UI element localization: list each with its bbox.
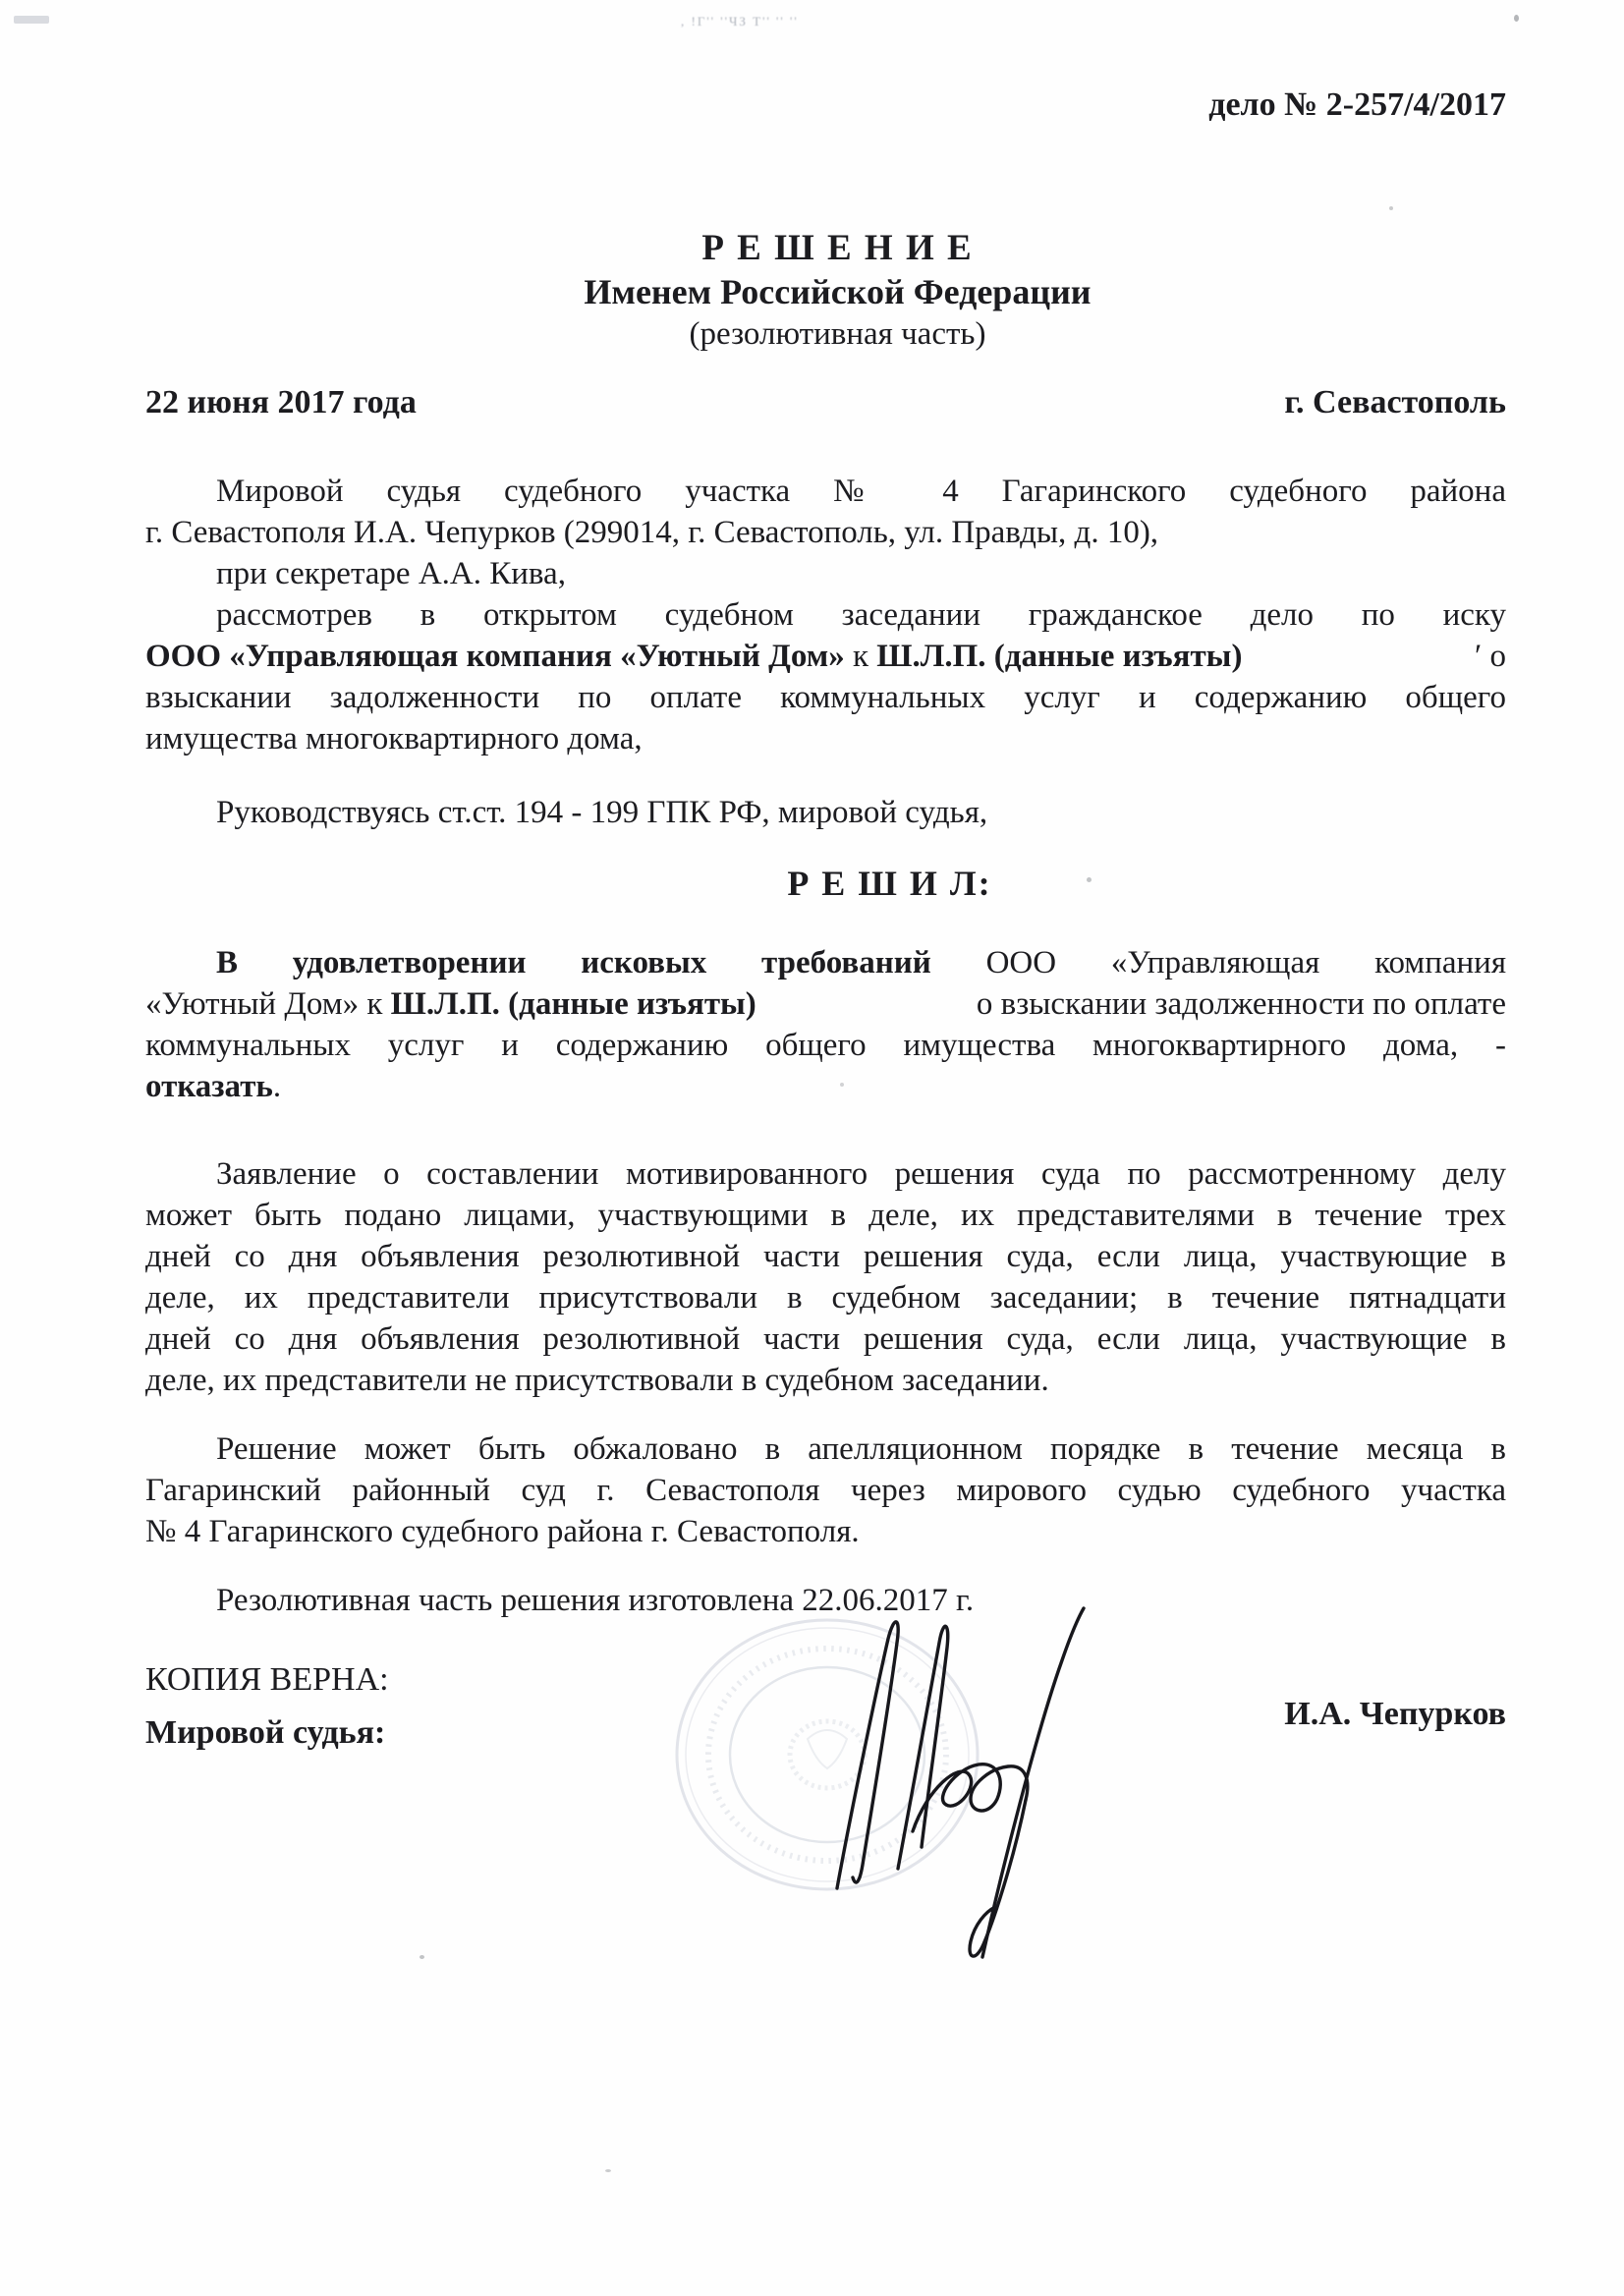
text-segment: о взыскании задолженности по оплате (977, 983, 1506, 1025)
text-segment: деле, их представители не присутствовали… (145, 1363, 1049, 1398)
document-line: коммунальных услуг и содержанию общего и… (145, 1025, 1506, 1066)
text-segment: Ш.Л.П. (данные изъяты) (876, 636, 1242, 677)
document-line: Решение может быть обжаловано в апелляци… (145, 1428, 1506, 1470)
scan-speck (605, 2169, 611, 2172)
text-segment: дней со дня объявления резолютивной част… (145, 1321, 1506, 1357)
text-segment: отказать (145, 1069, 273, 1104)
text-segment: к (845, 636, 877, 677)
text-segment: . (273, 1069, 281, 1104)
text-segment: Заявление о составлении мотивированного … (216, 1156, 1506, 1192)
dateline: 22 июня 2017 года г. Севастополь (145, 384, 1506, 421)
scan-artifact-dash (14, 16, 49, 24)
judge-label: Мировой судья: (145, 1714, 385, 1752)
document-line: «Уютный Дом» к Ш.Л.П. (данные изъяты)о в… (145, 983, 1506, 1025)
paragraph-court-intro: Мировой судья судебного участка № 4 Гага… (145, 471, 1506, 759)
document-line: Мировой судья судебного участка № 4 Гага… (145, 471, 1506, 512)
document-line: рассмотрев в открытом судебном заседании… (145, 594, 1506, 636)
text-segment: рассмотрев в открытом судебном заседании… (216, 597, 1506, 633)
scan-speck (1389, 206, 1393, 210)
title-decision: Р Е Ш Е Н И Е (157, 226, 1518, 270)
document-line: Руководствуясь ст.ст. 194 - 199 ГПК РФ, … (145, 792, 1506, 833)
text-segment: ′ о (1475, 636, 1506, 677)
resolution-heading: Р Е Ш И Л: (209, 862, 1570, 905)
document-line: В удовлетворении исковых требований ООО … (145, 942, 1506, 983)
text-segment: дней со дня объявления резолютивной част… (145, 1239, 1506, 1274)
redaction-gap (1242, 636, 1475, 677)
case-number: дело № 2-257/4/2017 (1208, 86, 1506, 124)
decision-date: 22 июня 2017 года (145, 384, 417, 421)
scan-speck (420, 1955, 424, 1959)
redaction-gap (756, 983, 977, 1025)
court-decision-page: , !Г'' ''ЧЗ Т'' '' '' дело № 2-257/4/201… (0, 0, 1624, 2296)
paragraph-resolution: В удовлетворении исковых требований ООО … (145, 942, 1506, 1107)
document-line: отказать. (145, 1066, 1506, 1107)
paragraph-motivated-decision-terms: Заявление о составлении мотивированного … (145, 1153, 1506, 1401)
document-line: ООО «Управляющая компания «Уютный Дом» к… (145, 636, 1506, 677)
text-segment: Решение может быть обжаловано в апелляци… (216, 1431, 1506, 1467)
scan-artifact-smudge: , !Г'' ''ЧЗ Т'' '' '' (681, 14, 838, 41)
text-segment: Мировой судья судебного участка № 4 Гага… (216, 474, 1506, 509)
text-segment: г. Севастополя И.А. Чепурков (299014, г.… (145, 515, 1158, 550)
judge-signature-icon (837, 1608, 1084, 1957)
text-segment: коммунальных услуг и содержанию общего и… (145, 1028, 1506, 1063)
scan-speck (1514, 15, 1519, 22)
text-segment: может быть подано лицами, участвующими в… (145, 1198, 1506, 1233)
decision-place: г. Севастополь (1284, 384, 1506, 421)
document-line: при секретаре А.А. Кива, (145, 553, 1506, 594)
text-segment: ООО «Управляющая компания «Уютный Дом» (145, 636, 845, 677)
document-line: дней со дня объявления резолютивной част… (145, 1236, 1506, 1277)
document-line: Заявление о составлении мотивированного … (145, 1153, 1506, 1195)
document-line: имущества многоквартирного дома, (145, 718, 1506, 759)
text-segment: Гагаринский районный суд г. Севастополя … (145, 1473, 1506, 1508)
document-line: деле, их представители не присутствовали… (145, 1360, 1506, 1401)
document-line: может быть подано лицами, участвующими в… (145, 1195, 1506, 1236)
document-line: деле, их представители присутствовали в … (145, 1277, 1506, 1318)
text-segment: ООО «Управляющая компания (931, 945, 1506, 980)
paragraph-guided-by: Руководствуясь ст.ст. 194 - 199 ГПК РФ, … (145, 792, 1506, 833)
copy-verified-label: КОПИЯ ВЕРНА: (145, 1661, 389, 1699)
judge-name: И.А. Чепурков (1284, 1696, 1506, 1733)
text-segment: при секретаре А.А. Кива, (216, 556, 566, 591)
text-segment: «Уютный Дом» к (145, 983, 391, 1025)
document-line: дней со дня объявления резолютивной част… (145, 1318, 1506, 1360)
document-line: взыскании задолженности по оплате коммун… (145, 677, 1506, 718)
document-title: Р Е Ш Е Н И Е Именем Российской Федераци… (157, 226, 1518, 355)
title-in-the-name: Именем Российской Федерации (157, 270, 1518, 313)
text-segment: имущества многоквартирного дома, (145, 721, 643, 756)
text-segment: Руководствуясь ст.ст. 194 - 199 ГПК РФ, … (216, 795, 987, 830)
document-line: г. Севастополя И.А. Чепурков (299014, г.… (145, 512, 1506, 553)
text-segment: взыскании задолженности по оплате коммун… (145, 680, 1506, 715)
stamp-and-signature (589, 1533, 1238, 2122)
text-segment: Ш.Л.П. (данные изъяты) (391, 983, 756, 1025)
title-part: (резолютивная часть) (157, 313, 1518, 355)
text-segment: В удовлетворении исковых требований (216, 945, 931, 980)
text-segment: деле, их представители присутствовали в … (145, 1280, 1506, 1316)
document-line: Гагаринский районный суд г. Севастополя … (145, 1470, 1506, 1511)
